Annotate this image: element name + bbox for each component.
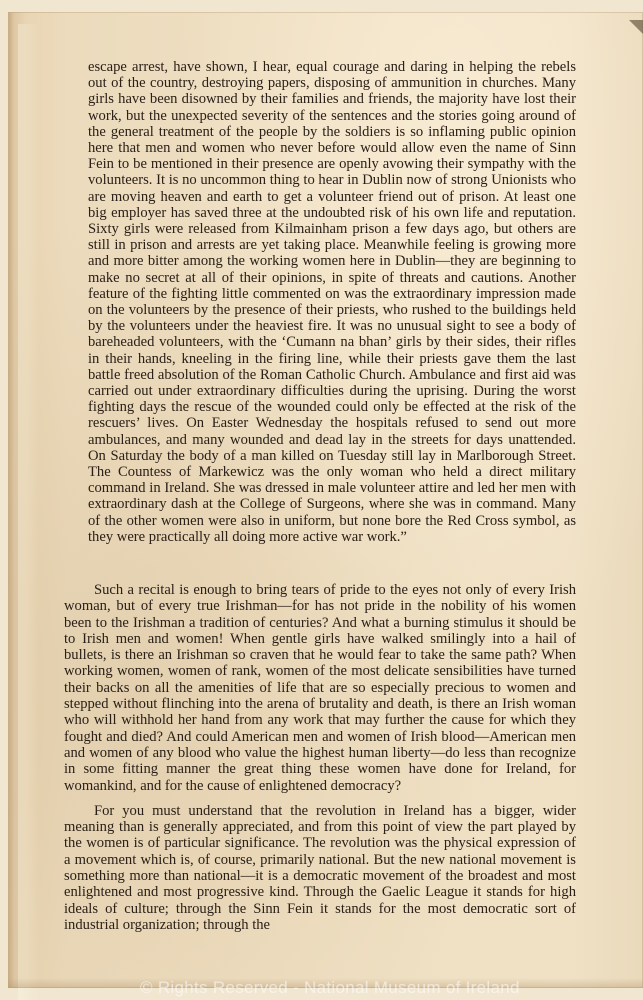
copyright-watermark: © Rights Reserved - National Museum of I…	[140, 978, 640, 998]
paragraph-continued: escape arrest, have shown, I hear, equal…	[88, 59, 576, 545]
quoted-continuation-paragraph: escape arrest, have shown, I hear, equal…	[88, 59, 576, 545]
body-paragraphs: Such a recital is enough to bring tears …	[64, 582, 576, 942]
paper-crease	[18, 24, 48, 1000]
paragraph-recital: Such a recital is enough to bring tears …	[64, 582, 576, 794]
paragraph-revolution-meaning: For you must understand that the revolut…	[64, 803, 576, 933]
corner-fold	[629, 20, 643, 34]
